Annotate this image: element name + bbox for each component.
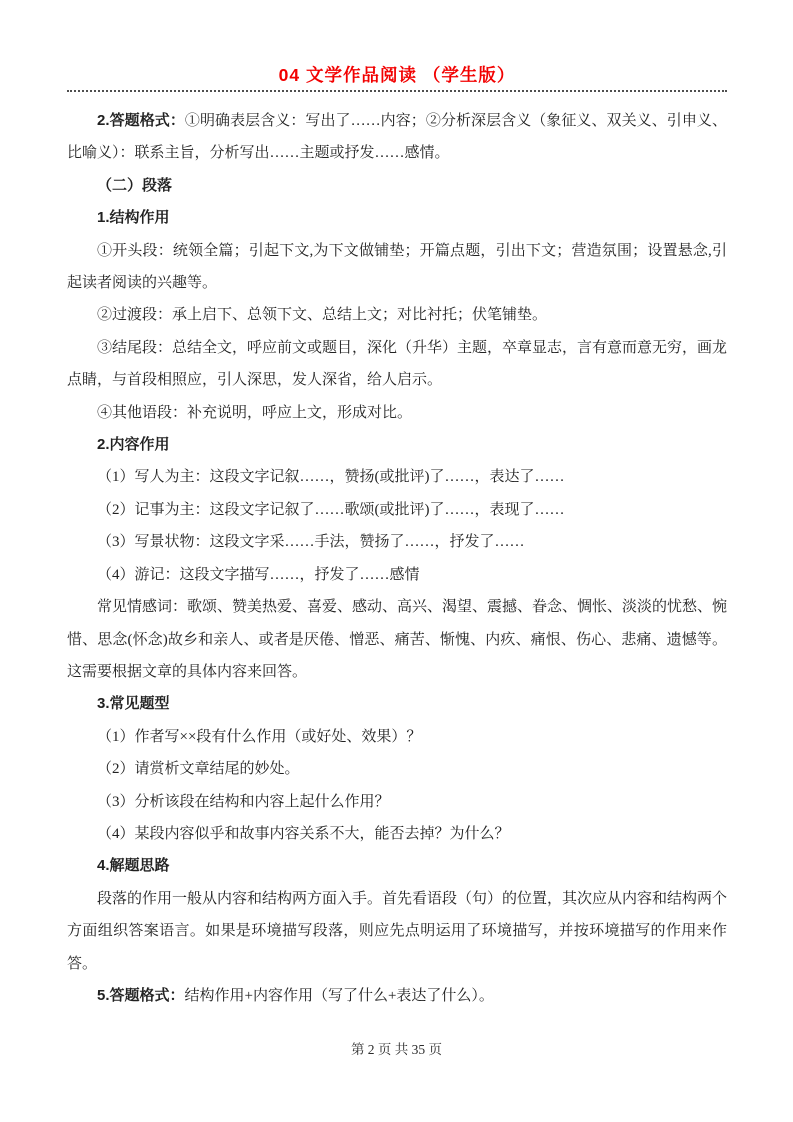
paragraph: （4）某段内容似乎和故事内容关系不大，能否去掉？为什么？ bbox=[67, 818, 727, 850]
section-heading: （二）段落 bbox=[67, 170, 727, 202]
paragraph: ①开头段：统领全篇；引起下文,为下文做铺垫；开篇点题，引出下文；营造氛围；设置悬… bbox=[67, 235, 727, 300]
section-heading: 3.常见题型 bbox=[67, 688, 727, 720]
paragraph-text: 4.解题思路 bbox=[97, 857, 170, 874]
paragraph-text: ④其他语段：补充说明，呼应上文，形成对比。 bbox=[97, 405, 412, 421]
paragraph-text: ②过渡段：承上启下、总领下文、总结上文；对比衬托；伏笔铺垫。 bbox=[97, 307, 547, 323]
paragraph: （2）记事为主：这段文字记叙了……歌颂(或批评)了……，表现了…… bbox=[67, 494, 727, 526]
paragraph-lead: 5.答题格式： bbox=[97, 987, 185, 1004]
paragraph: （3）写景状物：这段文字采……手法，赞扬了……，抒发了…… bbox=[67, 526, 727, 558]
paragraph: （4）游记：这段文字描写……，抒发了……感情 bbox=[67, 559, 727, 591]
paragraph: （1）写人为主：这段文字记叙……，赞扬(或批评)了……，表达了…… bbox=[67, 461, 727, 493]
paragraph: ②过渡段：承上启下、总领下文、总结上文；对比衬托；伏笔铺垫。 bbox=[67, 299, 727, 331]
document-header: 04 文学作品阅读 （学生版） bbox=[67, 0, 727, 92]
paragraph-text: 2.内容作用 bbox=[97, 436, 170, 453]
paragraph-text: （3）写景状物：这段文字采……手法，赞扬了……，抒发了…… bbox=[97, 534, 525, 550]
paragraph: ③结尾段：总结全文，呼应前文或题目，深化（升华）主题，卒章显志，言有意而意无穷，… bbox=[67, 332, 727, 397]
document-body: 2.答题格式：①明确表层含义：写出了……内容；②分析深层含义（象征义、双关义、引… bbox=[0, 92, 793, 1012]
page-title: 04 文学作品阅读 （学生版） bbox=[279, 65, 516, 85]
paragraph: 常见情感词：歌颂、赞美热爱、喜爱、感动、高兴、渴望、震撼、眷念、惆怅、淡淡的忧愁… bbox=[67, 591, 727, 688]
paragraph-text: ①开头段：统领全篇；引起下文,为下文做铺垫；开篇点题，引出下文；营造氛围；设置悬… bbox=[67, 243, 727, 291]
document-page: 04 文学作品阅读 （学生版） 2.答题格式：①明确表层含义：写出了……内容；②… bbox=[0, 0, 793, 1122]
paragraph: ④其他语段：补充说明，呼应上文，形成对比。 bbox=[67, 397, 727, 429]
paragraph-text: 1.结构作用 bbox=[97, 209, 170, 226]
paragraph-text: （1）作者写××段有什么作用（或好处、效果）？ bbox=[97, 729, 421, 745]
paragraph-text: （二）段落 bbox=[97, 177, 172, 194]
paragraph: （1）作者写××段有什么作用（或好处、效果）？ bbox=[67, 721, 727, 753]
paragraph: 5.答题格式：结构作用+内容作用（写了什么+表达了什么）。 bbox=[67, 980, 727, 1012]
paragraph-text: （1）写人为主：这段文字记叙……，赞扬(或批评)了……，表达了…… bbox=[97, 469, 565, 485]
section-heading: 4.解题思路 bbox=[67, 850, 727, 882]
paragraph-lead: 2.答题格式： bbox=[97, 112, 185, 129]
paragraph-text: 3.常见题型 bbox=[97, 695, 170, 712]
document-footer: 第 2 页 共 35 页 bbox=[0, 1038, 793, 1058]
paragraph-text: （4）游记：这段文字描写……，抒发了……感情 bbox=[97, 567, 420, 583]
paragraph-text: （4）某段内容似乎和故事内容关系不大，能否去掉？为什么？ bbox=[97, 826, 510, 842]
paragraph-text: 段落的作用一般从内容和结构两方面入手。首先看语段（句）的位置，其次应从内容和结构… bbox=[67, 891, 727, 972]
paragraph-text: （3）分析该段在结构和内容上起什么作用？ bbox=[97, 794, 390, 810]
section-heading: 2.内容作用 bbox=[67, 429, 727, 461]
paragraph: 2.答题格式：①明确表层含义：写出了……内容；②分析深层含义（象征义、双关义、引… bbox=[67, 105, 727, 170]
paragraph-text: 结构作用+内容作用（写了什么+表达了什么）。 bbox=[185, 988, 494, 1004]
section-heading: 1.结构作用 bbox=[67, 202, 727, 234]
paragraph: （3）分析该段在结构和内容上起什么作用？ bbox=[67, 786, 727, 818]
paragraph: 段落的作用一般从内容和结构两方面入手。首先看语段（句）的位置，其次应从内容和结构… bbox=[67, 883, 727, 980]
paragraph-text: 常见情感词：歌颂、赞美热爱、喜爱、感动、高兴、渴望、震撼、眷念、惆怅、淡淡的忧愁… bbox=[67, 599, 727, 680]
paragraph: （2）请赏析文章结尾的妙处。 bbox=[67, 753, 727, 785]
paragraph-text: （2）请赏析文章结尾的妙处。 bbox=[97, 761, 300, 777]
paragraph-text: （2）记事为主：这段文字记叙了……歌颂(或批评)了……，表现了…… bbox=[97, 502, 565, 518]
page-number: 第 2 页 共 35 页 bbox=[351, 1042, 442, 1057]
paragraph-text: ③结尾段：总结全文，呼应前文或题目，深化（升华）主题，卒章显志，言有意而意无穷，… bbox=[67, 340, 727, 388]
